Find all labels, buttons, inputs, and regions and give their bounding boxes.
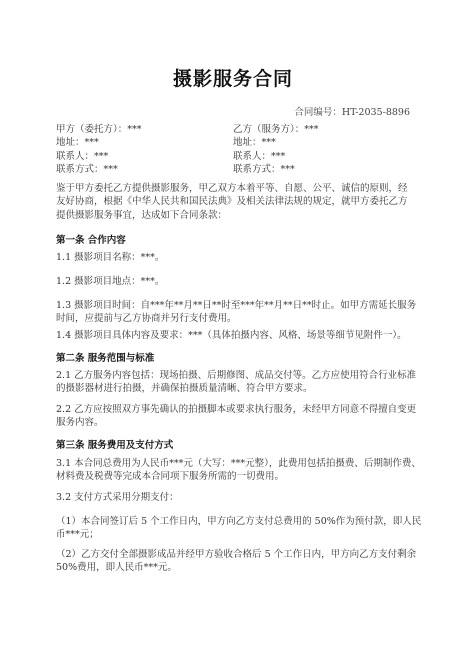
clause-line: （2）乙方交付全部摄影成品并经甲方验收合格后 5 个工作日内，甲方向乙方支付剩余 — [56, 548, 410, 561]
clause-3-2-1: （1）本合同签订后 5 个工作日内，甲方向乙方支付总费用的 50%作为预付款，即… — [56, 515, 410, 542]
preamble-line: 鉴于甲方委托乙方提供摄影服务，甲乙双方本着平等、自愿、公平、诚信的原则，经 — [56, 182, 410, 195]
clause-line: 1.1 摄影项目名称：***。 — [56, 251, 410, 264]
clause-1-3: 1.3 摄影项目时间：自***年**月**日**时至***年**月**日**时止… — [56, 299, 410, 326]
clause-2-2: 2.2 乙方应按照双方事先确认的拍摄脚本或要求执行服务，未经甲方同意不得擅自变更… — [56, 403, 410, 430]
document-title: 摄影服务合同 — [56, 64, 410, 91]
party-b-contact-info: 联系方式：*** — [233, 163, 410, 176]
clause-line: 的摄影器材进行拍摄，并确保拍摄质量清晰、符合甲方要求。 — [56, 382, 410, 395]
party-a-contact-info: 联系方式：*** — [56, 163, 233, 176]
contract-number: 合同编号：HT-2035-8896 — [294, 104, 410, 118]
clause-line: 1.3 摄影项目时间：自***年**月**日**时至***年**月**日**时止… — [56, 299, 410, 312]
clause-line: 2.1 乙方服务内容包括：现场拍摄、后期修图、成品交付等。乙方应使用符合行业标准 — [56, 369, 410, 382]
preamble: 鉴于甲方委托乙方提供摄影服务，甲乙双方本着平等、自愿、公平、诚信的原则，经 友好… — [56, 182, 410, 222]
clause-2-1: 2.1 乙方服务内容包括：现场拍摄、后期修图、成品交付等。乙方应使用符合行业标准… — [56, 369, 410, 396]
clause-line: 时间，应提前与乙方协商并另行支付费用。 — [56, 312, 410, 325]
clause-line: 1.4 摄影项目具体内容及要求：***（具体拍摄内容、风格、场景等细节见附件一）… — [56, 329, 410, 342]
preamble-line: 友好协商，根据《中华人民共和国民法典》及相关法律法规的规定，就甲方委托乙方 — [56, 195, 410, 208]
party-b-contact-person: 联系人：*** — [233, 150, 410, 163]
party-b-name: 乙方（服务方）：*** — [233, 123, 410, 136]
clause-line: 币***元； — [56, 528, 410, 541]
clause-line: 2.2 乙方应按照双方事先确认的拍摄脚本或要求执行服务，未经甲方同意不得擅自变更 — [56, 403, 410, 416]
preamble-line: 提供摄影服务事宜，达成如下合同条款： — [56, 209, 410, 222]
section-heading-3: 第三条 服务费用及支付方式 — [56, 437, 173, 451]
clause-3-1: 3.1 本合同总费用为人民币***元（大写：***元整），此费用包括拍摄费、后期… — [56, 457, 410, 484]
clause-line: （1）本合同签订后 5 个工作日内，甲方向乙方支付总费用的 50%作为预付款，即… — [56, 515, 410, 528]
party-a-address: 地址：*** — [56, 136, 233, 149]
clause-line: 1.2 摄影项目地点：***。 — [56, 275, 410, 288]
clause-line: 3.2 支付方式采用分期支付： — [56, 491, 410, 504]
section-heading-2: 第二条 服务范围与标准 — [56, 350, 154, 364]
clause-3-2: 3.2 支付方式采用分期支付： — [56, 491, 410, 504]
section-heading-1: 第一条 合作内容 — [56, 232, 126, 246]
clause-1-4: 1.4 摄影项目具体内容及要求：***（具体拍摄内容、风格、场景等细节见附件一）… — [56, 329, 410, 342]
party-a-contact-person: 联系人：*** — [56, 150, 233, 163]
clause-1-1: 1.1 摄影项目名称：***。 — [56, 251, 410, 264]
clause-line: 材料费及税费等完成本合同项下服务所需的一切费用。 — [56, 470, 410, 483]
clause-line: 服务内容。 — [56, 416, 410, 429]
clause-line: 50%费用，即人民币***元。 — [56, 561, 410, 574]
party-a: 甲方（委托方）：*** 地址：*** 联系人：*** 联系方式：*** — [56, 123, 233, 177]
party-a-name: 甲方（委托方）：*** — [56, 123, 233, 136]
clause-3-2-2: （2）乙方交付全部摄影成品并经甲方验收合格后 5 个工作日内，甲方向乙方支付剩余… — [56, 548, 410, 575]
party-b: 乙方（服务方）：*** 地址：*** 联系人：*** 联系方式：*** — [233, 123, 410, 177]
clause-1-2: 1.2 摄影项目地点：***。 — [56, 275, 410, 288]
clause-line: 3.1 本合同总费用为人民币***元（大写：***元整），此费用包括拍摄费、后期… — [56, 457, 410, 470]
parties-block: 甲方（委托方）：*** 地址：*** 联系人：*** 联系方式：*** 乙方（服… — [56, 123, 410, 177]
party-b-address: 地址：*** — [233, 136, 410, 149]
